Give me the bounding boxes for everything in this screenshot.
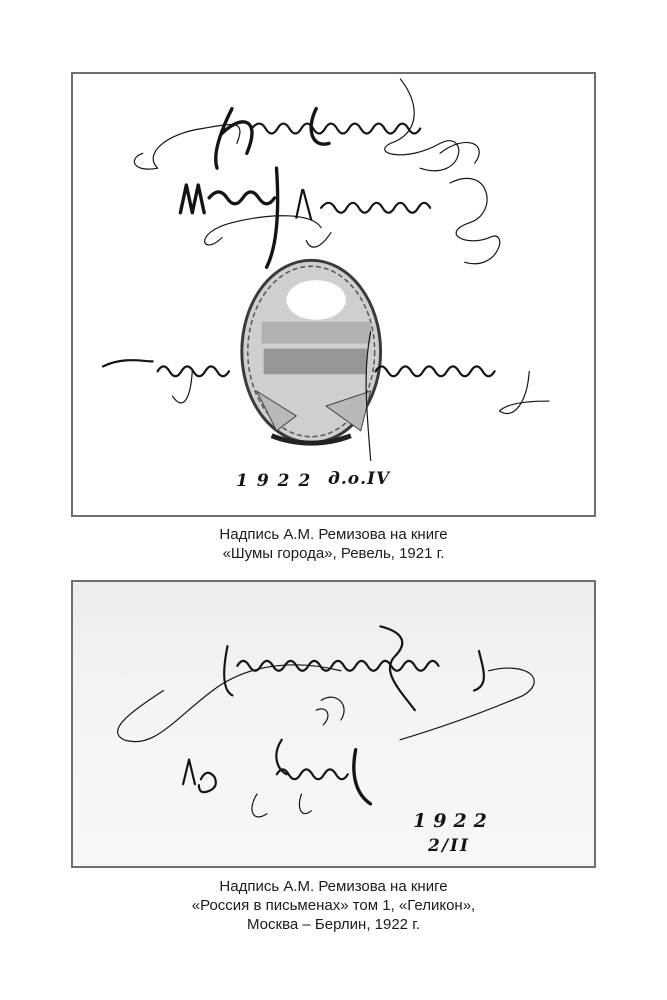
caption-line: «Россия в письменах» том 1, «Геликон»,: [0, 896, 667, 915]
caption-line: Москва – Берлин, 1922 г.: [0, 915, 667, 934]
figure-caption-1: Надпись А.М. Ремизова на книге «Шумы гор…: [0, 525, 667, 563]
inscription-photo-1: 1922 д.о.IV: [71, 72, 596, 517]
caption-line: Надпись А.М. Ремизова на книге: [0, 877, 667, 896]
handwritten-date: 1922: [413, 810, 494, 832]
calligraphy-inscription-2: [73, 582, 594, 866]
handwritten-date-suffix: 2/II: [428, 836, 470, 856]
handwritten-date-suffix: д.о.IV: [328, 469, 390, 489]
inscription-photo-2: 1922 2/II: [71, 580, 596, 868]
caption-line: «Шумы города», Ревель, 1921 г.: [0, 544, 667, 563]
figure-caption-2: Надпись А.М. Ремизова на книге «Россия в…: [0, 877, 667, 934]
handwritten-date: 1922: [236, 471, 319, 491]
calligraphy-inscription-1: [73, 74, 594, 515]
caption-line: Надпись А.М. Ремизова на книге: [0, 525, 667, 544]
